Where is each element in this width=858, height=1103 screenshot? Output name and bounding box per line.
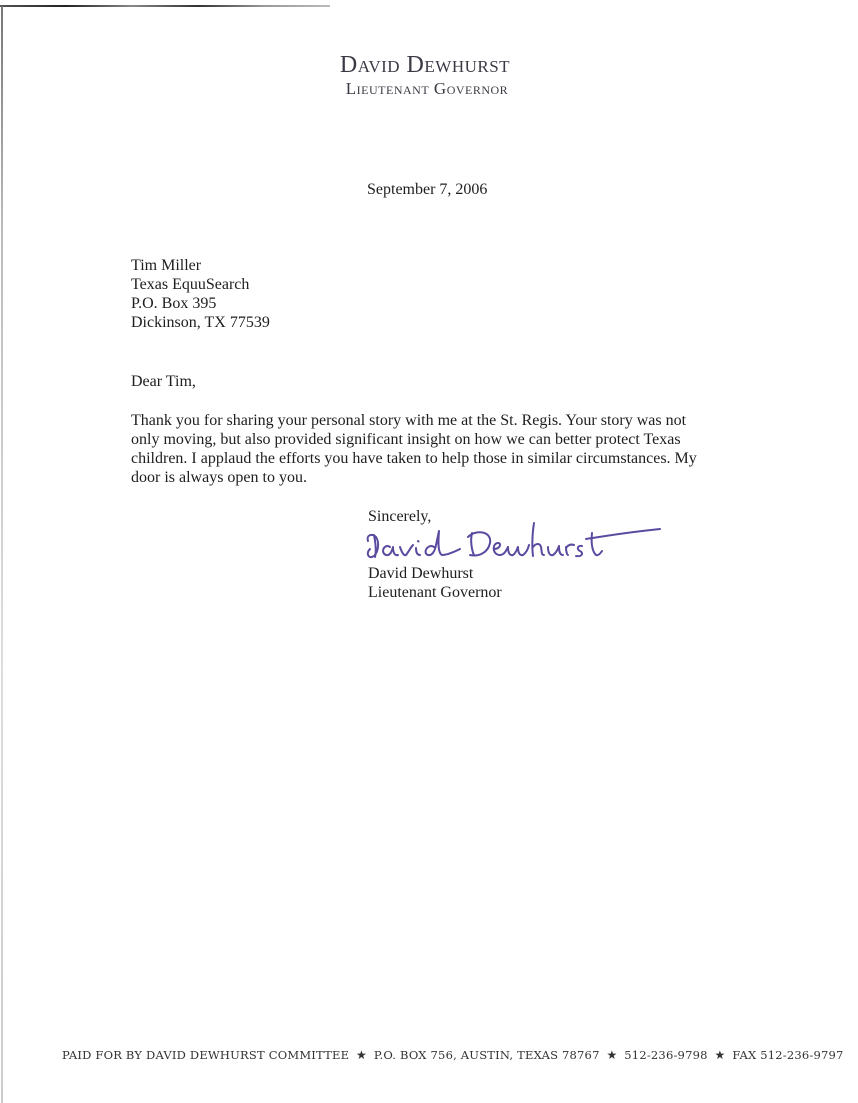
footer-fax: FAX 512-236-9797 bbox=[732, 1048, 843, 1062]
signer-name: David Dewhurst bbox=[368, 564, 473, 583]
handwritten-signature bbox=[360, 515, 680, 567]
recipient-street: P.O. Box 395 bbox=[131, 294, 270, 313]
scan-edge-left bbox=[1, 6, 3, 1103]
recipient-name: Tim Miller bbox=[131, 256, 270, 275]
footer-address: P.O. BOX 756, AUSTIN, TEXAS 78767 bbox=[374, 1048, 600, 1062]
scan-edge-top bbox=[0, 5, 330, 7]
body-line: door is always open to you. bbox=[131, 468, 751, 487]
star-icon: ★ bbox=[714, 1048, 725, 1062]
recipient-address: Tim Miller Texas EquuSearch P.O. Box 395… bbox=[131, 256, 270, 332]
letter-date: September 7, 2006 bbox=[367, 180, 487, 199]
star-icon: ★ bbox=[356, 1048, 367, 1062]
letterhead-name: David Dewhurst bbox=[340, 52, 510, 79]
footer-phone: 512-236-9798 bbox=[624, 1048, 707, 1062]
body-line: Thank you for sharing your personal stor… bbox=[131, 411, 751, 430]
star-icon: ★ bbox=[606, 1048, 617, 1062]
body-line: children. I applaud the efforts you have… bbox=[131, 449, 751, 468]
recipient-city: Dickinson, TX 77539 bbox=[131, 313, 270, 332]
letterhead-title: Lieutenant Governor bbox=[346, 79, 508, 99]
signer-title: Lieutenant Governor bbox=[368, 583, 502, 602]
body-line: only moving, but also provided significa… bbox=[131, 430, 751, 449]
letter-body: Thank you for sharing your personal stor… bbox=[131, 411, 751, 487]
recipient-organization: Texas EquuSearch bbox=[131, 275, 270, 294]
footer-disclaimer: PAID FOR BY DAVID DEWHURST COMMITTEE ★ P… bbox=[62, 1048, 844, 1062]
footer-committee: PAID FOR BY DAVID DEWHURST COMMITTEE bbox=[62, 1048, 349, 1062]
salutation: Dear Tim, bbox=[131, 372, 196, 391]
